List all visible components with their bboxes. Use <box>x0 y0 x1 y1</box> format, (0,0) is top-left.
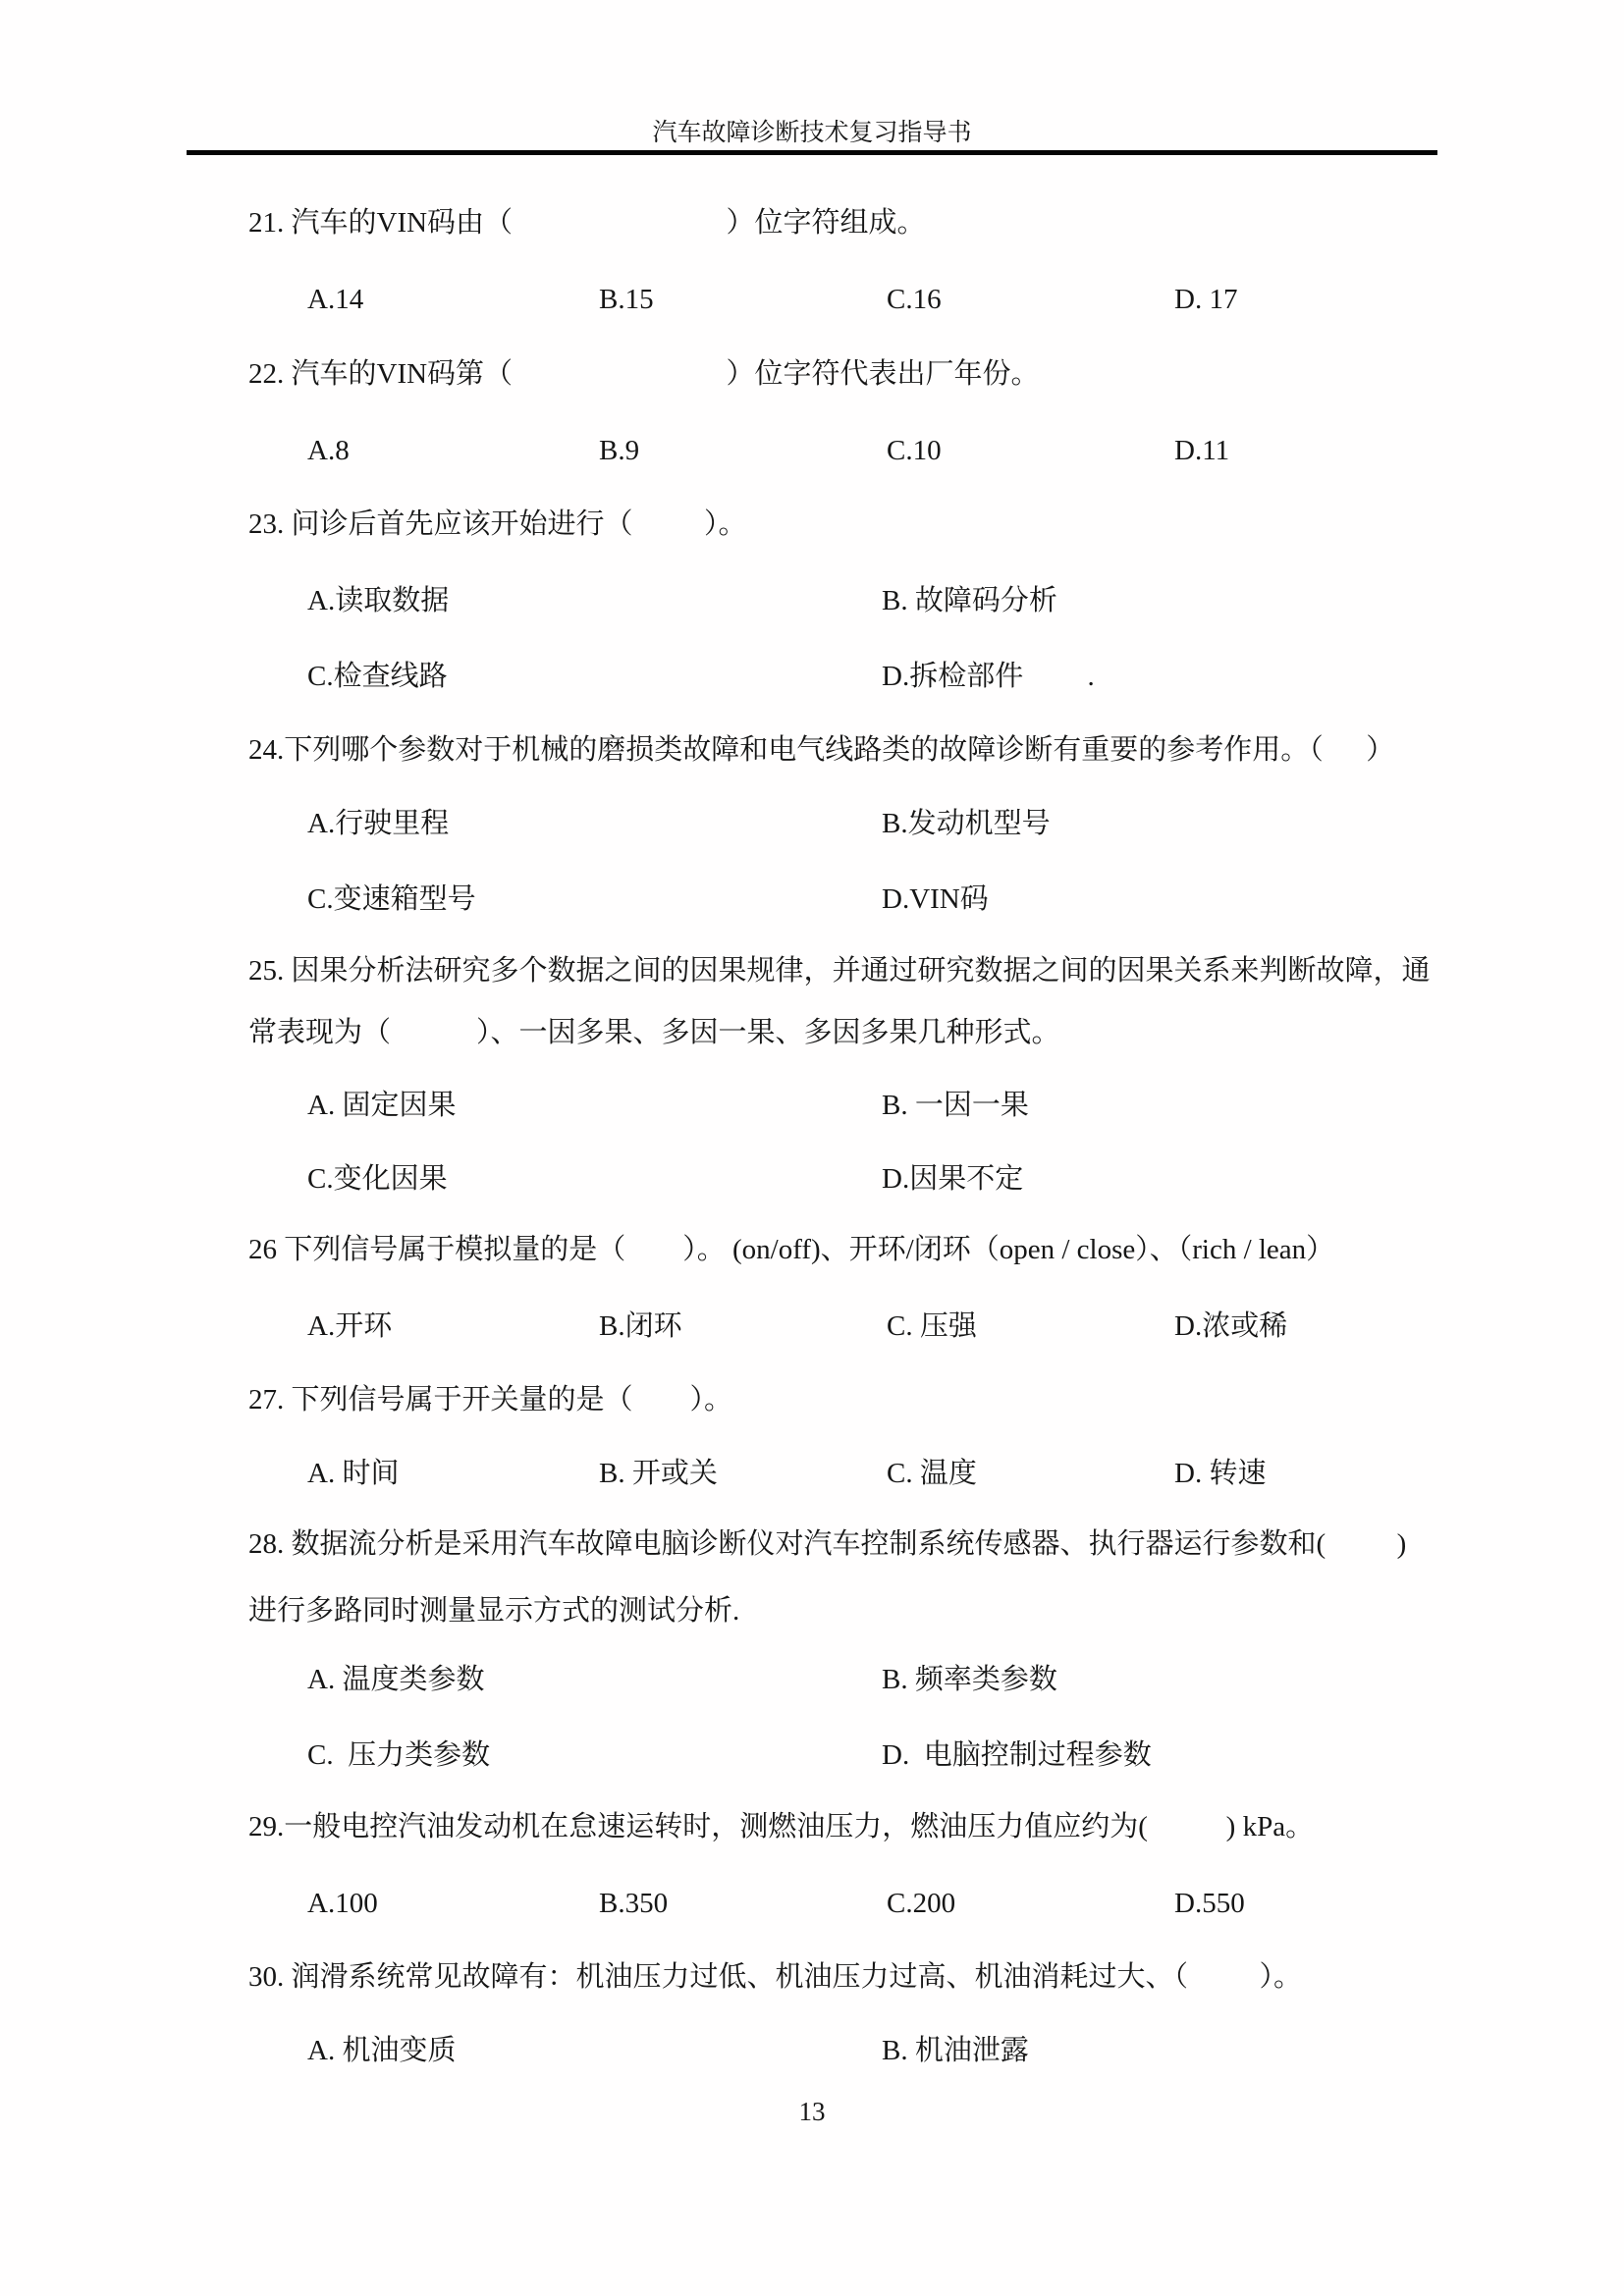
question-24-option-d: D.VIN码 <box>882 881 989 917</box>
question-30-text: 30. 润滑系统常见故障有：机油压力过低、机油压力过高、机油消耗过大、（ ）。 <box>248 1959 1302 1995</box>
question-30-option-b: B. 机油泄露 <box>882 2033 1029 2068</box>
question-22-option-a: A.8 <box>307 433 350 468</box>
question-26-text: 26 下列信号属于模拟量的是（ ）。 (on/off)、开环/闭环（open /… <box>248 1232 1334 1267</box>
page-header-title: 汽车故障诊断技术复习指导书 <box>0 113 1624 148</box>
question-21-option-c: C.16 <box>887 282 942 317</box>
question-28-option-c: C. 压力类参数 <box>307 1737 490 1773</box>
question-25-option-d: D.因果不定 <box>882 1161 1023 1197</box>
question-29-text: 29.一般电控汽油发动机在怠速运转时，测燃油压力，燃油压力值应约为( ) kPa… <box>248 1809 1314 1844</box>
question-25-option-b: B. 一因一果 <box>882 1088 1029 1123</box>
question-21-option-d: D. 17 <box>1174 282 1237 317</box>
question-23-option-b: B. 故障码分析 <box>882 583 1057 618</box>
document-page: 汽车故障诊断技术复习指导书 21. 汽车的VIN码由（ ）位字符组成。 A.14… <box>0 0 1624 2296</box>
question-29-option-a: A.100 <box>307 1886 378 1921</box>
question-21-option-b: B.15 <box>599 282 654 317</box>
question-21-text: 21. 汽车的VIN码由（ ）位字符组成。 <box>248 205 926 240</box>
question-23-text: 23. 问诊后首先应该开始进行（ ）。 <box>248 507 747 542</box>
question-25-text-line1: 25. 因果分析法研究多个数据之间的因果规律，并通过研究数据之间的因果关系来判断… <box>248 953 1431 988</box>
question-28-text-line1: 28. 数据流分析是采用汽车故障电脑诊断仪对汽车控制系统传感器、执行器运行参数和… <box>248 1526 1406 1562</box>
question-27-option-d: D. 转速 <box>1174 1456 1266 1491</box>
question-23-option-c: C.检查线路 <box>307 659 448 694</box>
question-26-option-d: D.浓或稀 <box>1174 1308 1287 1344</box>
question-29-option-b: B.350 <box>599 1886 668 1921</box>
question-21-option-a: A.14 <box>307 282 363 317</box>
question-27-option-c: C. 温度 <box>887 1456 977 1491</box>
question-28-option-d: D. 电脑控制过程参数 <box>882 1737 1152 1773</box>
question-26-option-a: A.开环 <box>307 1308 392 1344</box>
question-27-option-b: B. 开或关 <box>599 1456 718 1491</box>
question-23-option-d: D.拆检部件 . <box>882 659 1095 694</box>
question-26-option-c: C. 压强 <box>887 1308 977 1344</box>
question-24-option-a: A.行驶里程 <box>307 806 449 841</box>
question-23-option-a: A.读取数据 <box>307 583 449 618</box>
question-30-option-a: A. 机油变质 <box>307 2033 456 2068</box>
question-22-text: 22. 汽车的VIN码第（ ）位字符代表出厂年份。 <box>248 356 1040 392</box>
question-28-option-a: A. 温度类参数 <box>307 1662 484 1697</box>
question-25-text-line2: 常表现为（ ）、一因多果、多因一果、多因多果几种形式。 <box>248 1015 1060 1050</box>
question-24-option-c: C.变速箱型号 <box>307 881 476 917</box>
question-24-text: 24.下列哪个参数对于机械的磨损类故障和电气线路类的故障诊断有重要的参考作用。（… <box>248 732 1394 768</box>
question-22-option-b: B.9 <box>599 433 639 468</box>
question-22-option-c: C.10 <box>887 433 942 468</box>
question-29-option-c: C.200 <box>887 1886 955 1921</box>
question-26-option-b: B.闭环 <box>599 1308 682 1344</box>
question-22-option-d: D.11 <box>1174 433 1229 468</box>
question-28-text-line2: 进行多路同时测量显示方式的测试分析. <box>248 1593 739 1629</box>
question-24-option-b: B.发动机型号 <box>882 806 1051 841</box>
question-28-option-b: B. 频率类参数 <box>882 1662 1057 1697</box>
question-27-text: 27. 下列信号属于开关量的是（ ）。 <box>248 1382 732 1417</box>
question-29-option-d: D.550 <box>1174 1886 1245 1921</box>
question-25-option-a: A. 固定因果 <box>307 1088 456 1123</box>
question-27-option-a: A. 时间 <box>307 1456 399 1491</box>
header-divider-rule <box>187 150 1437 155</box>
page-number: 13 <box>0 2097 1624 2127</box>
question-25-option-c: C.变化因果 <box>307 1161 448 1197</box>
